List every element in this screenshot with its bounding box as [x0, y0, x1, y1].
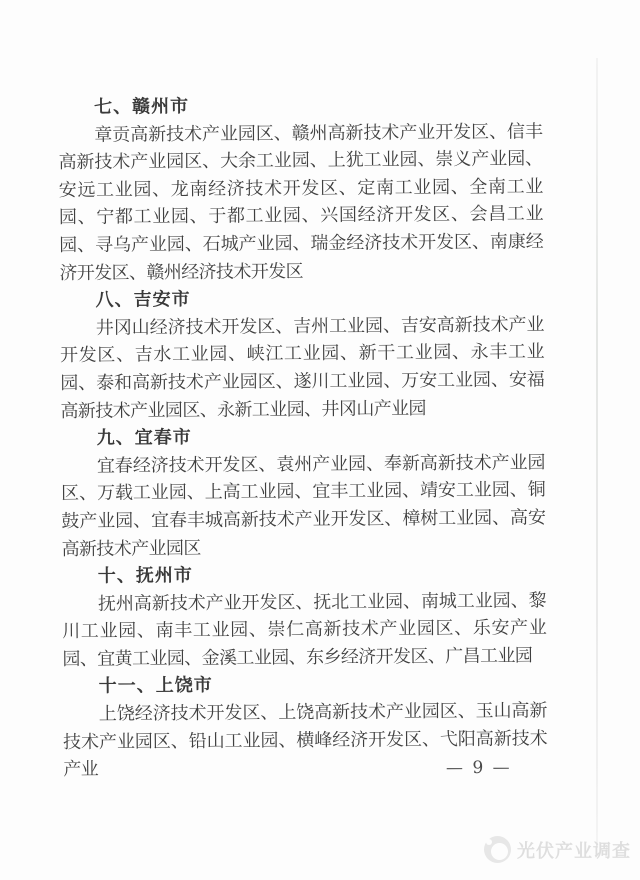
- round-mascot-logo-icon: [484, 836, 511, 863]
- section-heading: 八、吉安市: [60, 283, 544, 314]
- document-content: 七、赣州市 章贡高新技术产业园区、赣州高新技术产业开发区、信丰高新技术产业园区、…: [58, 90, 547, 784]
- section-fuzhou: 十、抚州市 抚州高新技术产业开发区、抚北工业园、南城工业园、黎川工业园、南丰工业…: [62, 559, 547, 673]
- section-jian: 八、吉安市 井冈山经济技术开发区、吉州工业园、吉安高新技术产业开发区、吉水工业园…: [60, 283, 545, 425]
- section-heading: 十一、上饶市: [63, 670, 547, 701]
- page-number: — 9 —: [446, 758, 512, 778]
- section-body: 章贡高新技术产业园区、赣州高新技术产业开发区、信丰高新技术产业园区、大余工业园、…: [58, 118, 543, 287]
- section-body: 宜春经济技术开发区、袁州产业园、奉新高新技术产业园区、万载工业园、上高工业园、宜…: [61, 449, 546, 563]
- footer-watermark: 光伏产业调查: [484, 836, 631, 863]
- section-heading: 七、赣州市: [58, 90, 542, 121]
- section-body: 抚州高新技术产业开发区、抚北工业园、南城工业园、黎川工业园、南丰工业园、崇仁高新…: [62, 587, 547, 674]
- section-ganzhou: 七、赣州市 章贡高新技术产业园区、赣州高新技术产业开发区、信丰高新技术产业园区、…: [58, 90, 544, 287]
- scanned-document-page: 七、赣州市 章贡高新技术产业园区、赣州高新技术产业开发区、信丰高新技术产业园区、…: [0, 0, 640, 880]
- section-yichun: 九、宜春市 宜春经济技术开发区、袁州产业园、奉新高新技术产业园区、万载工业园、上…: [61, 421, 546, 563]
- section-body: 井冈山经济技术开发区、吉州工业园、吉安高新技术产业开发区、吉水工业园、峡江工业园…: [60, 311, 545, 425]
- scan-edge-artifact: [596, 58, 598, 848]
- section-heading: 十、抚州市: [62, 559, 546, 590]
- watermark-label: 光伏产业调查: [517, 837, 631, 863]
- section-heading: 九、宜春市: [61, 421, 545, 452]
